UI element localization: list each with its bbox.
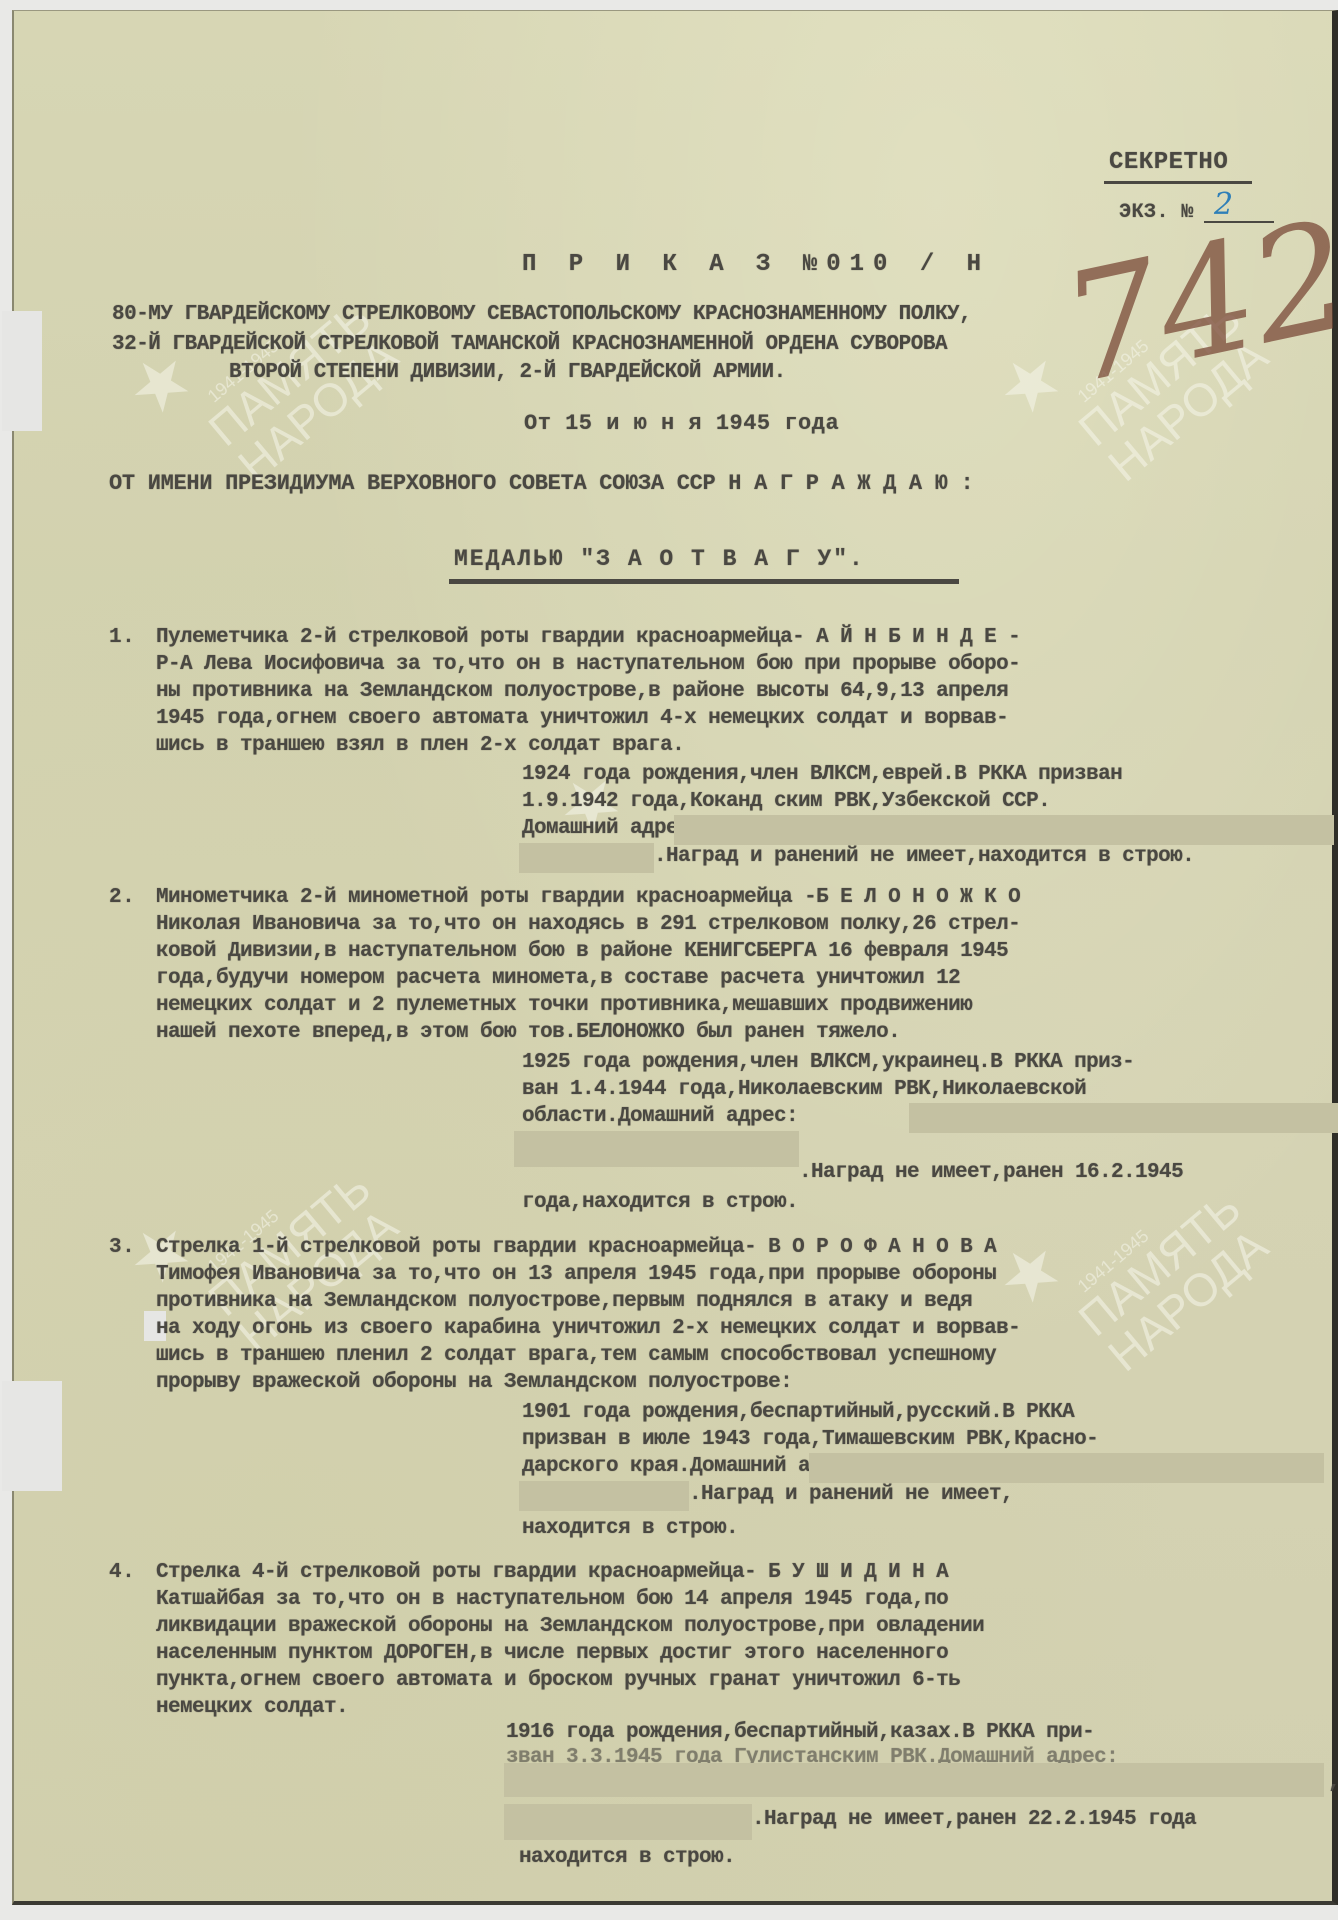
citation-line: шись в траншею пленил 2 солдат врага,тем… <box>156 1344 996 1367</box>
redacted-address <box>809 1453 1324 1483</box>
citation-line: ликвидации вражеской обороны на Земландс… <box>156 1615 984 1638</box>
addressee-line: 32-Й ГВАРДЕЙСКОЙ СТРЕЛКОВОЙ ТАМАНСКОЙ КР… <box>112 333 947 356</box>
entry-number: 1. <box>109 626 135 649</box>
handwritten-number: 742 <box>1049 188 1338 418</box>
bio-line: .Наград и ранений не имеет,находится в с… <box>654 845 1194 868</box>
citation-line: нашей пехоте вперед,в этом бою тов.БЕЛОН… <box>156 1021 900 1044</box>
bio-line: призван в июле 1943 года,Тимашевским РВК… <box>522 1428 1098 1451</box>
bio-line: года,находится в строю. <box>522 1191 798 1214</box>
bio-line: .Наград и ранений не имеет, <box>689 1483 1013 1506</box>
classification-stamp: СЕКРЕТНО <box>1109 149 1228 176</box>
entry-number: 4. <box>109 1561 135 1584</box>
bio-line: области.Домашний адрес: <box>522 1105 798 1128</box>
addressee-line: 80-МУ ГВАРДЕЙСКОМУ СТРЕЛКОВОМУ СЕВАСТОПО… <box>112 303 971 326</box>
citation-line: 1945 года,огнем своего автомата уничтожи… <box>156 707 1008 730</box>
redacted-address <box>909 1103 1338 1133</box>
bio-line: находится в строю. <box>522 1517 738 1540</box>
citation-line: Минометчика 2-й минометной роты гвардии … <box>156 886 1020 909</box>
redacted-address <box>519 1481 689 1511</box>
citation-line: противника на Земландском полуострове,пе… <box>156 1290 972 1313</box>
redacted-address <box>504 1763 1324 1797</box>
citation-line: Р-А Лева Иосифовича за то,что он в насту… <box>156 653 1020 676</box>
redacted-address <box>674 815 1334 845</box>
citation-line: Катшайбая за то,что он в наступательном … <box>156 1588 948 1611</box>
citation-line: шись в траншею взял в плен 2-х солдат вр… <box>156 734 684 757</box>
citation-line: на ходу огонь из своего карабина уничтож… <box>156 1317 1020 1340</box>
bio-line: , <box>1328 1771 1338 1794</box>
citation-line: Пулеметчика 2-й стрелковой роты гвардии … <box>156 626 1020 649</box>
addressee-line: ВТОРОЙ СТЕПЕНИ ДИВИЗИИ, 2-Й ГВАРДЕЙСКОЙ … <box>229 361 786 384</box>
medal-heading: МЕДАЛЬЮ "З А О Т В А Г У". <box>454 546 865 572</box>
bio-line: 1924 года рождения,член ВЛКСМ,еврей.В РК… <box>522 763 1122 786</box>
citation-line: немецких солдат и 2 пулеметных точки про… <box>156 994 972 1017</box>
order-title: П Р И К А З №010 / Н <box>522 251 990 278</box>
order-date: От 15 и ю н я 1945 года <box>524 411 839 436</box>
redacted-address <box>514 1131 799 1167</box>
torn-edge <box>2 1381 62 1491</box>
torn-edge <box>2 311 42 431</box>
citation-line: прорыву вражеской обороны на Земландском… <box>156 1371 792 1394</box>
citation-line: ковой Дивизии,в наступательном бою в рай… <box>156 940 1008 963</box>
citation-line: Стрелка 4-й стрелковой роты гвардии крас… <box>156 1561 948 1584</box>
bio-line: ван 1.4.1944 года,Николаевским РВК,Никол… <box>522 1078 1086 1101</box>
citation-line: Стрелка 1-й стрелковой роты гвардии крас… <box>156 1236 996 1259</box>
citation-line: населенным пунктом ДОРОГЕН,в числе первы… <box>156 1642 948 1665</box>
bio-line: .Наград не имеет,ранен 22.2.1945 года <box>752 1808 1196 1831</box>
bio-line: .Наград не имеет,ранен 16.2.1945 <box>799 1161 1183 1184</box>
document-page: ★ 1941-1945 ПАМЯТЬ НАРОДА ★ 1941-1945 ПА… <box>12 10 1338 1905</box>
bio-line: 1.9.1942 года,Коканд ским РВК,Узбекской … <box>522 790 1050 813</box>
redacted-address <box>519 843 654 873</box>
entry-number: 2. <box>109 886 135 909</box>
citation-line: года,будучи номером расчета миномета,в с… <box>156 967 960 990</box>
citation-line: немецких солдат. <box>156 1696 348 1719</box>
watermark: ★ 1941-1945 ПАМЯТЬ НАРОДА <box>1014 1117 1278 1379</box>
citation-line: ны противника на Земландском полуострове… <box>156 680 1008 703</box>
bio-line: 1901 года рождения,беспартийный,русский.… <box>522 1401 1074 1424</box>
bio-line: находится в строю. <box>519 1846 735 1869</box>
medal-underline <box>449 579 959 584</box>
bio-line: 1925 года рождения,член ВЛКСМ,украинец.В… <box>522 1051 1134 1074</box>
redacted-address <box>504 1804 752 1840</box>
watermark: ★ 1941-1945 ПАМЯТЬ НАРОДА <box>144 227 408 489</box>
bio-line: 1916 года рождения,беспартийный,казах.В … <box>506 1721 1094 1744</box>
classification-underline <box>1104 181 1252 184</box>
citation-line: Тимофея Ивановича за то,что он 13 апреля… <box>156 1263 996 1286</box>
entry-number: 3. <box>109 1236 135 1259</box>
citation-line: пункта,огнем своего автомата и броском р… <box>156 1669 960 1692</box>
order-preamble: ОТ ИМЕНИ ПРЕЗИДИУМА ВЕРХОВНОГО СОВЕТА СО… <box>109 471 973 496</box>
citation-line: Николая Ивановича за то,что он находясь … <box>156 913 1020 936</box>
